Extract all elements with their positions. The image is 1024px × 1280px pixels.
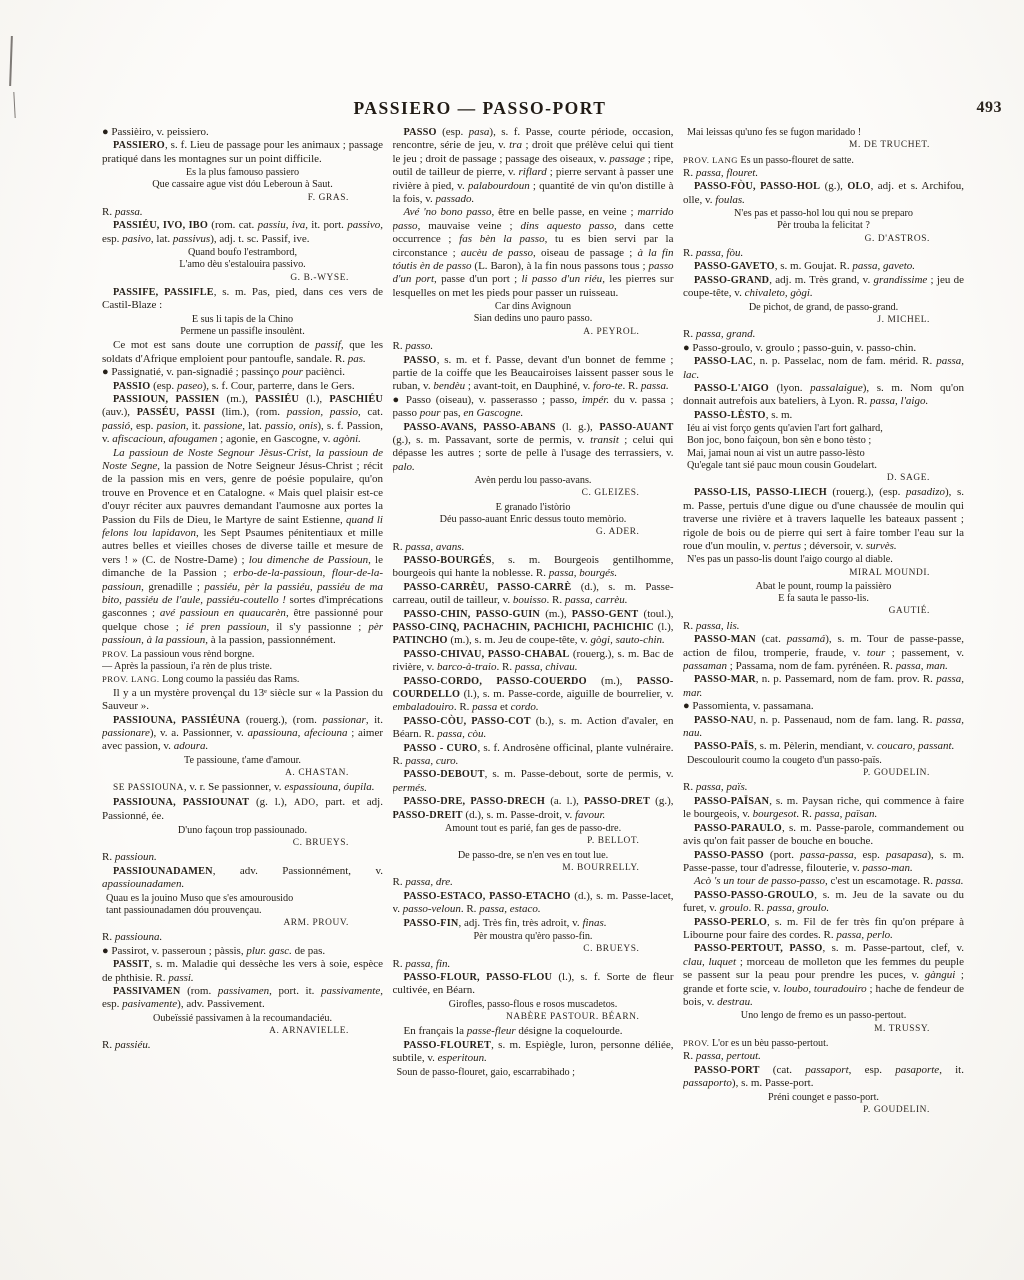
citation-verse: Oubeïssié passivamen à la recoumandaciéu…: [102, 1013, 383, 1025]
paragraph: R. passiouna.: [102, 931, 383, 944]
citation-attribution: A. CHASTAN.: [102, 768, 349, 779]
citation-attribution: A. PEYROL.: [393, 327, 640, 338]
citation-attribution: P. BELLOT.: [393, 836, 640, 847]
paragraph: R. passa, flouret.: [683, 167, 964, 180]
dictionary-entry: PASSO-DRE, PASSO-DRECH (a. l.), PASSO-DR…: [393, 795, 674, 822]
citation-attribution: MIRAL MOUNDI.: [683, 568, 930, 579]
paragraph: R. passa, avans.: [393, 541, 674, 554]
dictionary-entry: PASSO, s. m. et f. Passe, devant d'un bo…: [393, 354, 674, 394]
running-title: PASSIERO — PASSO-PORT: [0, 98, 960, 119]
paragraph: R. passa, grand.: [683, 328, 964, 341]
citation-verse: Descoulourit coumo la cougeto d'un passo…: [683, 755, 964, 767]
dictionary-entry: PASSO-NAU, n. p. Passenaud, nom de fam. …: [683, 714, 964, 741]
citation-verse: Quau es la jouino Muso que s'es amourous…: [102, 893, 383, 917]
citation-verse: Car dins AvignounSian dedins uno pauro p…: [393, 301, 674, 325]
dictionary-entry: PASSO-ESTACO, PASSO-ETACHO (d.), s. m. P…: [393, 890, 674, 917]
citation-verse: Pèr moustra qu'èro passo-fin.: [393, 931, 674, 943]
dictionary-entry: PASSO-MAN (cat. passamá), s. m. Tour de …: [683, 633, 964, 673]
dictionary-entry: PASSIOUN, PASSIEN (m.), PASSIÉU (l.), PA…: [102, 393, 383, 447]
dictionary-entry: PASSO-FLOUR, PASSO-FLOU (l.), s. f. Sort…: [393, 971, 674, 998]
dictionary-entry: PASSO-PASSO-GROULO, s. m. Jeu de la sava…: [683, 889, 964, 916]
dictionary-entry: PASSO-BOURGÉS, s. m. Bourgeois gentilhom…: [393, 554, 674, 581]
citation-attribution: G. B.-WYSE.: [102, 273, 349, 284]
citation-attribution: P. GOUDELIN.: [683, 1105, 930, 1116]
dictionary-entry: PASSO-CORDO, PASSO-COUERDO (m.), PASSO-C…: [393, 675, 674, 715]
citation-attribution: J. MICHEL.: [683, 315, 930, 326]
citation-verse: Iéu ai vist forço gents qu'avien l'art f…: [683, 423, 964, 472]
citation-verse: Te passioune, t'ame d'amour.: [102, 755, 383, 767]
citation-attribution: D. SAGE.: [683, 473, 930, 484]
dictionary-entry: PASSO-FIN, adj. Très fin, très adroit, v…: [393, 917, 674, 930]
dictionary-entry: PASSIÉU, IVO, IBO (rom. cat. passiu, iva…: [102, 219, 383, 246]
paragraph: PROV. La passioun vous rènd borgne.: [102, 648, 383, 661]
dictionary-entry: PASSO-LÈSTO, s. m.: [683, 409, 964, 422]
dictionary-entry: PASSO-CARRÈU, PASSO-CARRÈ (d.), s. m. Pa…: [393, 581, 674, 608]
paragraph: La passioun de Noste Segnour Jèsus-Crist…: [102, 447, 383, 648]
citation-verse: Soun de passo-flouret, gaio, escarrabiha…: [393, 1067, 674, 1079]
citation-attribution: F. GRAS.: [102, 193, 349, 204]
paragraph: ● Passomienta, v. passamana.: [683, 700, 964, 713]
dictionary-entry: PASSO-L'AIGO (lyon. passalaigue), s. m. …: [683, 382, 964, 409]
dictionary-entry: PASSIERO, s. f. Lieu de passage pour les…: [102, 139, 383, 166]
dictionary-entry: PASSO - CURO, s. f. Androsène officinal,…: [393, 742, 674, 769]
citation-verse: Amount tout es parié, fan ges de passo-d…: [393, 823, 674, 835]
column-1: ● Passièiro, v. peissiero.PASSIERO, s. f…: [102, 126, 383, 1266]
dictionary-entry: PASSIO (esp. paseo), s. f. Cour, parterr…: [102, 380, 383, 393]
paragraph: Il y a un mystère provençal du 13ᵉ siècl…: [102, 687, 383, 714]
dictionary-entry: PASSO-PASSO (port. passa-passa, esp. pas…: [683, 849, 964, 876]
citation-attribution: M. TRUSSY.: [683, 1024, 930, 1035]
dictionary-entry: PASSO-GRAND, adj. m. Très grand, v. gran…: [683, 274, 964, 301]
citation-verse: N'es pas un passo-lis dount l'aigo courg…: [683, 554, 964, 566]
paragraph: PROV. L'or es un bèu passo-pertout.: [683, 1037, 964, 1050]
dictionary-entry: PASSO-AVANS, PASSO-ABANS (l. g.), PASSO-…: [393, 421, 674, 475]
citation-verse: E granado l'istòrioDéu passo-auant Enric…: [393, 502, 674, 526]
dictionary-entry: PASSO-PAÏS, s. m. Pèlerin, mendiant, v. …: [683, 740, 964, 753]
citation-attribution: ARM. PROUV.: [102, 918, 349, 929]
paragraph: R. passa, dre.: [393, 876, 674, 889]
paragraph: R. passa, fin.: [393, 958, 674, 971]
citation-attribution: G. D'ASTROS.: [683, 234, 930, 245]
dictionary-entry: PASSO-GAVETO, s. m. Goujat. R. passa, ga…: [683, 260, 964, 273]
paragraph: Acò 's un tour de passo-passo, c'est un …: [683, 875, 964, 888]
paragraph: R. passa, pertout.: [683, 1050, 964, 1063]
dictionary-entry: PASSO-CHIN, PASSO-GUIN (m.), PASSO-GENT …: [393, 608, 674, 648]
citation-attribution: M. DE TRUCHET.: [683, 140, 930, 151]
citation-attribution: GAUTIÉ.: [683, 606, 930, 617]
citation-attribution: NABÈRE PASTOUR. BÉARN.: [393, 1012, 640, 1023]
dictionary-entry: PASSO (esp. pasa), s. f. Passe, courte p…: [393, 126, 674, 206]
dictionary-entry: PASSO-PERTOUT, PASSO, s. m. Passe-partou…: [683, 942, 964, 1009]
paragraph: ● Passièiro, v. peissiero.: [102, 126, 383, 139]
paragraph: SE PASSIOUNA, v. r. Se passionner, v. es…: [102, 781, 383, 795]
dictionary-entry: PASSO-DEBOUT, s. m. Passe-debout, sorte …: [393, 768, 674, 795]
scan-artifact: [9, 36, 13, 86]
citation-attribution: C. BRUEYS.: [393, 944, 640, 955]
dictionary-entry: PASSO-FÒU, PASSO-HOL (g.), OLO, adj. et …: [683, 180, 964, 207]
dictionary-entry: PASSO-LAC, n. p. Passelac, nom de fam. m…: [683, 355, 964, 382]
paragraph: ● Passignatié, v. pan-signadié ; passinç…: [102, 366, 383, 379]
paragraph: R. passioun.: [102, 851, 383, 864]
citation-verse: Préni counget e passo-port.: [683, 1092, 964, 1104]
citation-verse: Avèn perdu lou passo-avans.: [393, 475, 674, 487]
citation-attribution: C. BRUEYS.: [102, 838, 349, 849]
citation-verse: De pichot, de grand, de passo-grand.: [683, 302, 964, 314]
citation-attribution: A. ARNAVIELLE.: [102, 1026, 349, 1037]
citation-verse: Girofles, passo-flous e rosos muscadetos…: [393, 999, 674, 1011]
dictionary-entry: PASSO-PORT (cat. passaport, esp. pasapor…: [683, 1064, 964, 1091]
citation-verse: E sus li tapis de la ChinoPermene un pas…: [102, 314, 383, 338]
text-columns: ● Passièiro, v. peissiero.PASSIERO, s. f…: [102, 126, 964, 1266]
paragraph: R. passiéu.: [102, 1039, 383, 1052]
citation-verse: Quand boufo l'estrambord,L'amo dèu s'est…: [102, 247, 383, 271]
paragraph: — Après la passioun, i'a rèn de plus tri…: [102, 661, 383, 673]
paragraph: R. passa, fòu.: [683, 247, 964, 260]
dictionary-entry: PASSIOUNA, PASSIÉUNA (rouerg.), (rom. pa…: [102, 714, 383, 754]
citation-attribution: G. ADER.: [393, 527, 640, 538]
citation-verse: N'es pas et passo-hol lou qui nou se pre…: [683, 208, 964, 232]
paragraph: En français la passe-fleur désigne la co…: [393, 1025, 674, 1038]
paragraph: ● Passirot, v. passeroun ; pàssis, plur.…: [102, 945, 383, 958]
page-number: 493: [977, 99, 1003, 117]
scanned-dictionary-page: PASSIERO — PASSO-PORT 493 ● Passièiro, v…: [0, 0, 1024, 1280]
paragraph: Avé 'no bono passo, être en belle passe,…: [393, 206, 674, 300]
dictionary-entry: PASSO-MAR, n. p. Passemard, nom de fam. …: [683, 673, 964, 700]
citation-verse: Uno lengo de fremo es un passo-pertout.: [683, 1010, 964, 1022]
paragraph: R. passo.: [393, 340, 674, 353]
dictionary-entry: PASSIVAMEN (rom. passivamen, port. it. p…: [102, 985, 383, 1012]
citation-verse: Es la plus famouso passieroQue cassaire …: [102, 167, 383, 191]
paragraph: PROV. LANG Es un passo-flouret de satte.: [683, 154, 964, 167]
dictionary-entry: PASSO-LIS, PASSO-LIECH (rouerg.), (esp. …: [683, 486, 964, 553]
dictionary-entry: PASSIOUNA, PASSIOUNAT (g. l.), ADO, part…: [102, 796, 383, 824]
citation-verse: De passo-dre, se n'en ves en tout lue.: [393, 850, 674, 862]
citation-verse: D'uno façoun trop passiounado.: [102, 825, 383, 837]
citation-attribution: P. GOUDELIN.: [683, 768, 930, 779]
citation-attribution: C. GLEIZES.: [393, 488, 640, 499]
dictionary-entry: PASSO-FLOURET, s. m. Espiègle, luron, pe…: [393, 1039, 674, 1066]
paragraph: ● Passo (oiseau), v. passerasso ; passo,…: [393, 394, 674, 421]
dictionary-entry: PASSIT, s. m. Maladie qui dessèche les v…: [102, 958, 383, 985]
dictionary-entry: PASSO-PARAULO, s. m. Passe-parole, comma…: [683, 822, 964, 849]
paragraph: PROV. LANG. Long coumo la passiéu das Ra…: [102, 673, 383, 686]
citation-verse: Abat le pount, roump la paissièroE fa sa…: [683, 581, 964, 605]
dictionary-entry: PASSO-PERLO, s. m. Fil de fer très fin q…: [683, 916, 964, 943]
column-3: Mai leissas qu'uno fes se fugon maridado…: [683, 126, 964, 1266]
paragraph: R. passa, païs.: [683, 781, 964, 794]
citation-verse: Mai leissas qu'uno fes se fugon maridado…: [683, 127, 964, 139]
paragraph: R. passa, lis.: [683, 620, 964, 633]
paragraph: ● Passo-groulo, v. groulo ; passo-guin, …: [683, 342, 964, 355]
dictionary-entry: PASSIFE, PASSIFLE, s. m. Pas, pied, dans…: [102, 286, 383, 313]
page-header: PASSIERO — PASSO-PORT 493: [0, 98, 1024, 124]
dictionary-entry: PASSO-PAÏSAN, s. m. Paysan riche, qui co…: [683, 795, 964, 822]
paragraph: R. passa.: [102, 206, 383, 219]
dictionary-entry: PASSO-CHIVAU, PASSO-CHABAL (rouerg.), s.…: [393, 648, 674, 675]
paragraph: Ce mot est sans doute une corruption de …: [102, 339, 383, 366]
dictionary-entry: PASSIOUNADAMEN, adv. Passionnément, v. a…: [102, 865, 383, 892]
dictionary-entry: PASSO-CÒU, PASSO-COT (b.), s. m. Action …: [393, 715, 674, 742]
citation-attribution: M. BOURRELLY.: [393, 863, 640, 874]
column-2: PASSO (esp. pasa), s. f. Passe, courte p…: [393, 126, 674, 1266]
